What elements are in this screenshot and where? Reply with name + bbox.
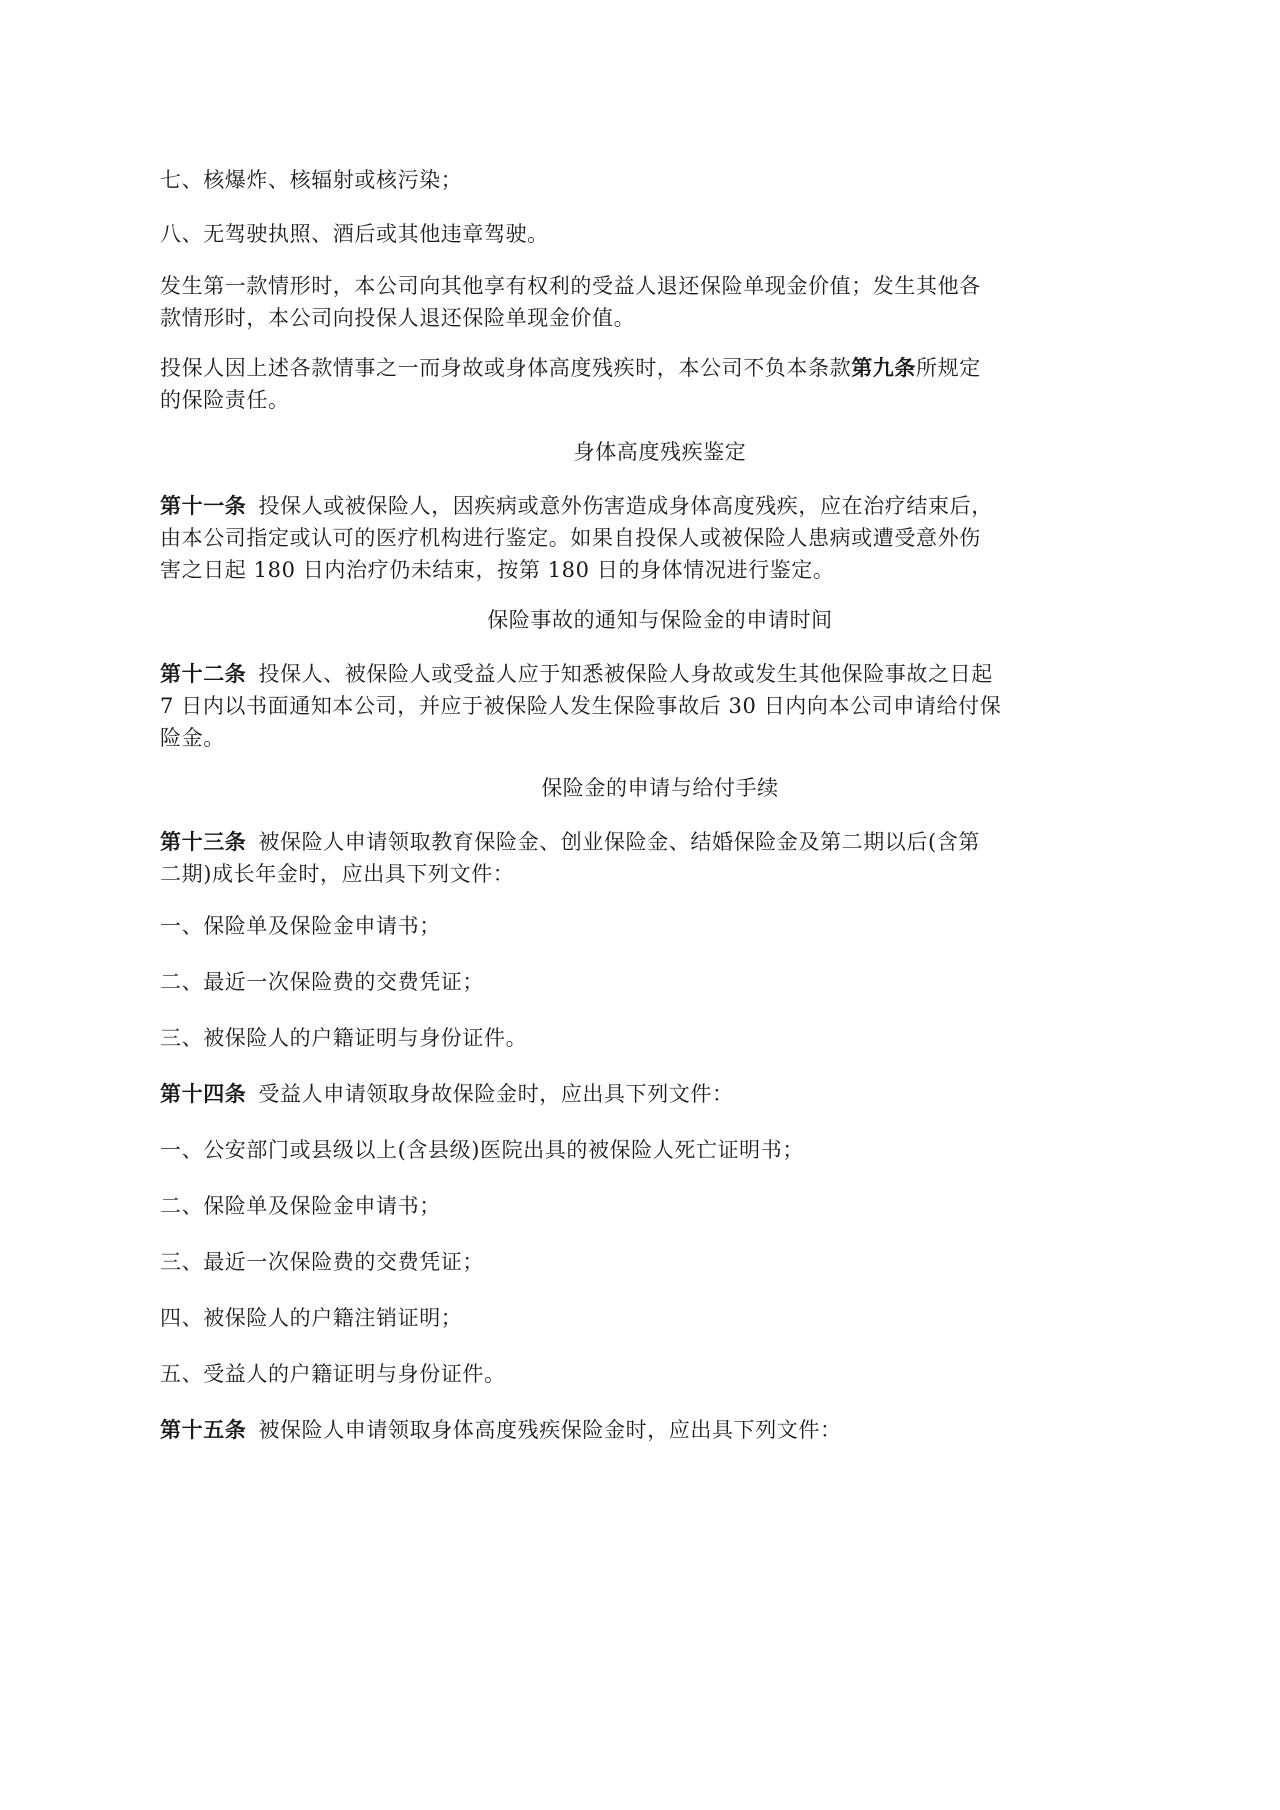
- article-line: 险金。: [160, 722, 1160, 754]
- list-item: 五、受益人的户籍证明与身份证件。: [160, 1358, 1160, 1390]
- article-line: 由本公司指定或认可的医疗机构进行鉴定。如果自投保人或被保险人患病或遭受意外伤: [160, 522, 1160, 554]
- article-label: 第十五条: [160, 1418, 246, 1442]
- list-item-text: 三、最近一次保险费的交费凭证；: [160, 1246, 1160, 1278]
- article-label: 第十三条: [160, 830, 246, 854]
- list-item: 二、保险单及保险金申请书；: [160, 1190, 1160, 1222]
- article-text: 受益人申请领取身故保险金时，应出具下列文件：: [258, 1082, 733, 1106]
- article-text: 被保险人申请领取教育保险金、创业保险金、结婚保险金及第二期以后(含第: [258, 830, 980, 854]
- paragraph-text: 投保人因上述各款情事之一而身故或身体高度残疾时，本公司不负本条款: [160, 356, 851, 380]
- article: 第十一条投保人或被保险人，因疾病或意外伤害造成身体高度残疾，应在治疗结束后， 由…: [160, 490, 1160, 586]
- article-line: 第十二条投保人、被保险人或受益人应于知悉被保险人身故或发生其他保险事故之日起: [160, 658, 1160, 690]
- list-item: 七、核爆炸、核辐射或核污染；: [160, 164, 1160, 196]
- list-item: 一、保险单及保险金申请书；: [160, 910, 1160, 942]
- article-line: 第十四条受益人申请领取身故保险金时，应出具下列文件：: [160, 1078, 1160, 1110]
- article: 第十四条受益人申请领取身故保险金时，应出具下列文件：: [160, 1078, 1160, 1110]
- paragraph-text: 所规定: [916, 356, 981, 380]
- article-reference: 第九条: [851, 356, 916, 380]
- article-line: 第十五条被保险人申请领取身体高度残疾保险金时，应出具下列文件：: [160, 1414, 1160, 1446]
- article-label: 第十二条: [160, 662, 246, 686]
- article-line: 第十三条被保险人申请领取教育保险金、创业保险金、结婚保险金及第二期以后(含第: [160, 826, 1160, 858]
- article-line: 第十一条投保人或被保险人，因疾病或意外伤害造成身体高度残疾，应在治疗结束后，: [160, 490, 1160, 522]
- article-line: 二期)成长年金时，应出具下列文件：: [160, 858, 1160, 890]
- list-item-text: 一、保险单及保险金申请书；: [160, 910, 1160, 942]
- paragraph: 发生第一款情形时，本公司向其他享有权利的受益人退还保险单现金价值；发生其他各 款…: [160, 270, 1160, 334]
- paragraph: 投保人因上述各款情事之一而身故或身体高度残疾时，本公司不负本条款第九条所规定 的…: [160, 352, 1160, 416]
- article: 第十五条被保险人申请领取身体高度残疾保险金时，应出具下列文件：: [160, 1414, 1160, 1446]
- section-heading: 身体高度残疾鉴定: [160, 436, 1160, 468]
- list-item: 二、最近一次保险费的交费凭证；: [160, 966, 1160, 998]
- article-text: 投保人、被保险人或受益人应于知悉被保险人身故或发生其他保险事故之日起: [258, 662, 992, 686]
- paragraph-line: 投保人因上述各款情事之一而身故或身体高度残疾时，本公司不负本条款第九条所规定: [160, 352, 1160, 384]
- list-item: 八、无驾驶执照、酒后或其他违章驾驶。: [160, 218, 1160, 250]
- list-item-text: 二、最近一次保险费的交费凭证；: [160, 966, 1160, 998]
- article-label: 第十四条: [160, 1082, 246, 1106]
- list-item-text: 八、无驾驶执照、酒后或其他违章驾驶。: [160, 218, 1160, 250]
- list-item: 四、被保险人的户籍注销证明；: [160, 1302, 1160, 1334]
- list-item-text: 一、公安部门或县级以上(含县级)医院出具的被保险人死亡证明书；: [160, 1134, 1160, 1166]
- section-heading: 保险事故的通知与保险金的申请时间: [160, 604, 1160, 636]
- section-heading: 保险金的申请与给付手续: [160, 772, 1160, 804]
- paragraph-line: 发生第一款情形时，本公司向其他享有权利的受益人退还保险单现金价值；发生其他各: [160, 270, 1160, 302]
- list-item-text: 二、保险单及保险金申请书；: [160, 1190, 1160, 1222]
- article-line: 7 日内以书面通知本公司，并应于被保险人发生保险事故后 30 日内向本公司申请给…: [160, 690, 1160, 722]
- article-text: 被保险人申请领取身体高度残疾保险金时，应出具下列文件：: [258, 1418, 841, 1442]
- list-item-text: 七、核爆炸、核辐射或核污染；: [160, 164, 1160, 196]
- list-item-text: 三、被保险人的户籍证明与身份证件。: [160, 1022, 1160, 1054]
- article-label: 第十一条: [160, 494, 246, 518]
- list-item-text: 五、受益人的户籍证明与身份证件。: [160, 1358, 1160, 1390]
- article-line: 害之日起 180 日内治疗仍未结束，按第 180 日的身体情况进行鉴定。: [160, 554, 1160, 586]
- list-item: 三、最近一次保险费的交费凭证；: [160, 1246, 1160, 1278]
- list-item: 三、被保险人的户籍证明与身份证件。: [160, 1022, 1160, 1054]
- list-item: 一、公安部门或县级以上(含县级)医院出具的被保险人死亡证明书；: [160, 1134, 1160, 1166]
- paragraph-line: 的保险责任。: [160, 384, 1160, 416]
- article: 第十二条投保人、被保险人或受益人应于知悉被保险人身故或发生其他保险事故之日起 7…: [160, 658, 1160, 754]
- article: 第十三条被保险人申请领取教育保险金、创业保险金、结婚保险金及第二期以后(含第 二…: [160, 826, 1160, 890]
- paragraph-line: 款情形时，本公司向投保人退还保险单现金价值。: [160, 302, 1160, 334]
- article-text: 投保人或被保险人，因疾病或意外伤害造成身体高度残疾，应在治疗结束后，: [258, 494, 992, 518]
- list-item-text: 四、被保险人的户籍注销证明；: [160, 1302, 1160, 1334]
